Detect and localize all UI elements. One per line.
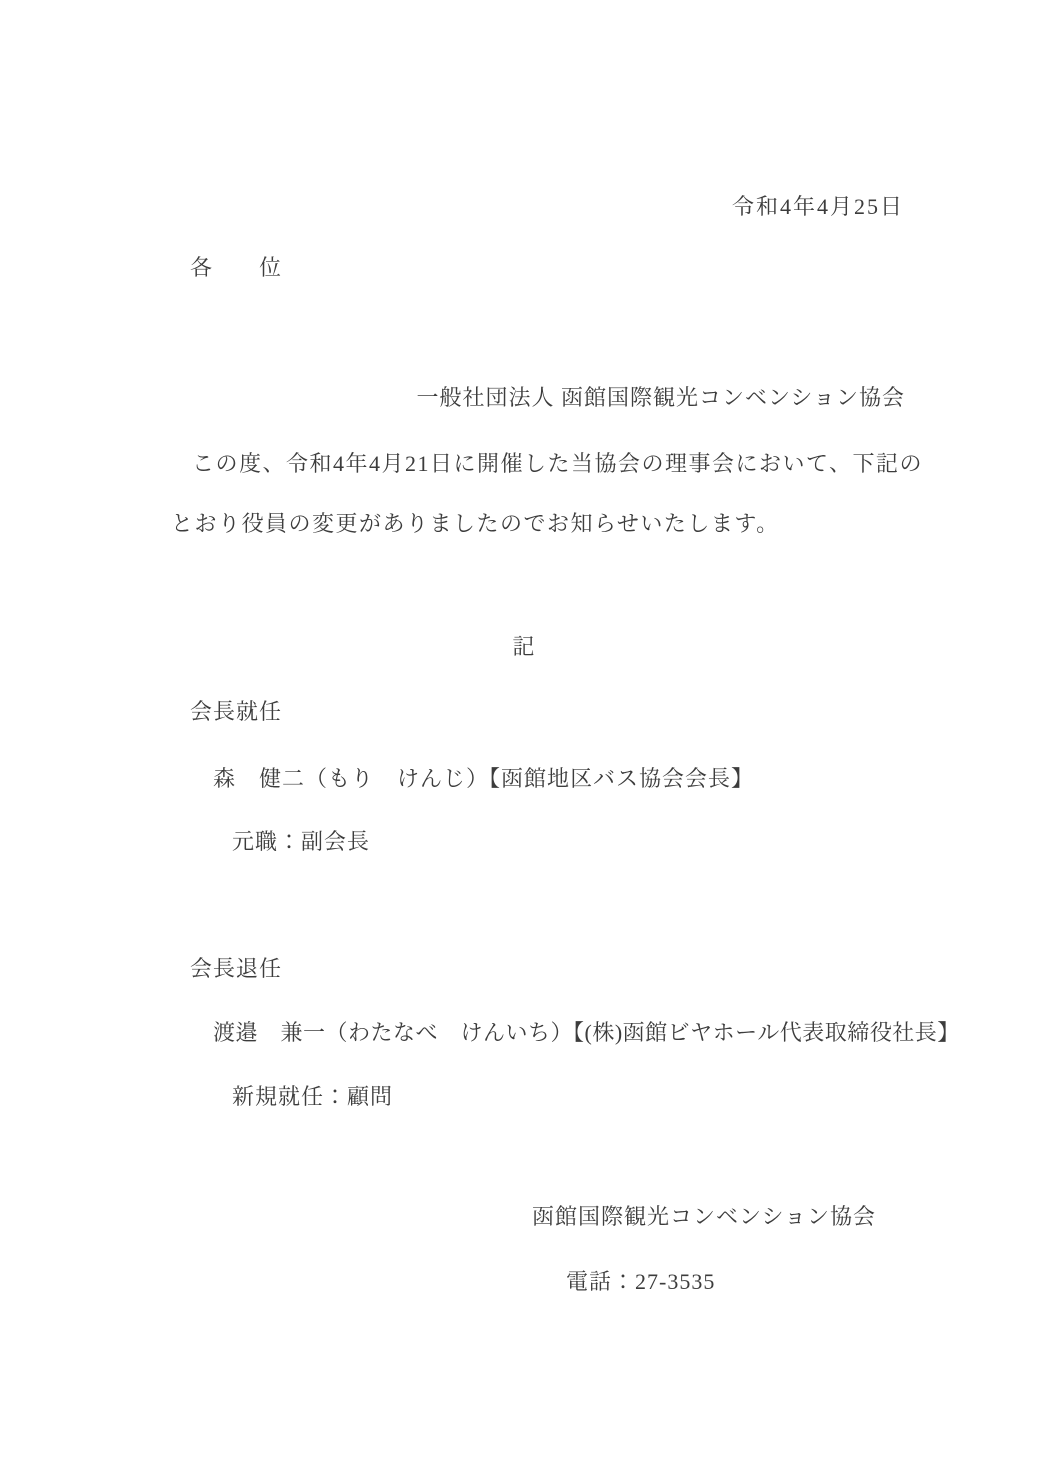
section-chairman-appointment-person: 森 健二（もり けんじ）【函館地区バス協会会長】 — [213, 765, 754, 793]
letter-page: 令和4年4月25日 各 位 一般社団法人 函館国際観光コンベンション協会 この度… — [0, 0, 1047, 1480]
record-marker: 記 — [0, 633, 1047, 661]
section-chairman-appointment-heading: 会長就任 — [190, 698, 282, 726]
sender-organization: 一般社団法人 函館国際観光コンベンション協会 — [416, 384, 905, 412]
footer-organization: 函館国際観光コンベンション協会 — [532, 1203, 876, 1231]
section-chairman-retirement-note: 新規就任：顧問 — [232, 1083, 393, 1111]
letter-date: 令和4年4月25日 — [732, 193, 904, 221]
salutation: 各 位 — [190, 254, 282, 282]
section-chairman-appointment-note: 元職：副会長 — [232, 828, 370, 856]
body-paragraph-line-1: この度、令和4年4月21日に開催した当協会の理事会において、下記の — [192, 450, 923, 478]
section-chairman-retirement-heading: 会長退任 — [190, 955, 282, 983]
footer-phone: 電話：27-3535 — [566, 1268, 715, 1296]
section-chairman-retirement-person: 渡邉 兼一（わたなべ けんいち）【(株)函館ビヤホール代表取締役社長】 — [213, 1019, 960, 1047]
body-paragraph-line-2: とおり役員の変更がありましたのでお知らせいたします。 — [171, 510, 780, 538]
